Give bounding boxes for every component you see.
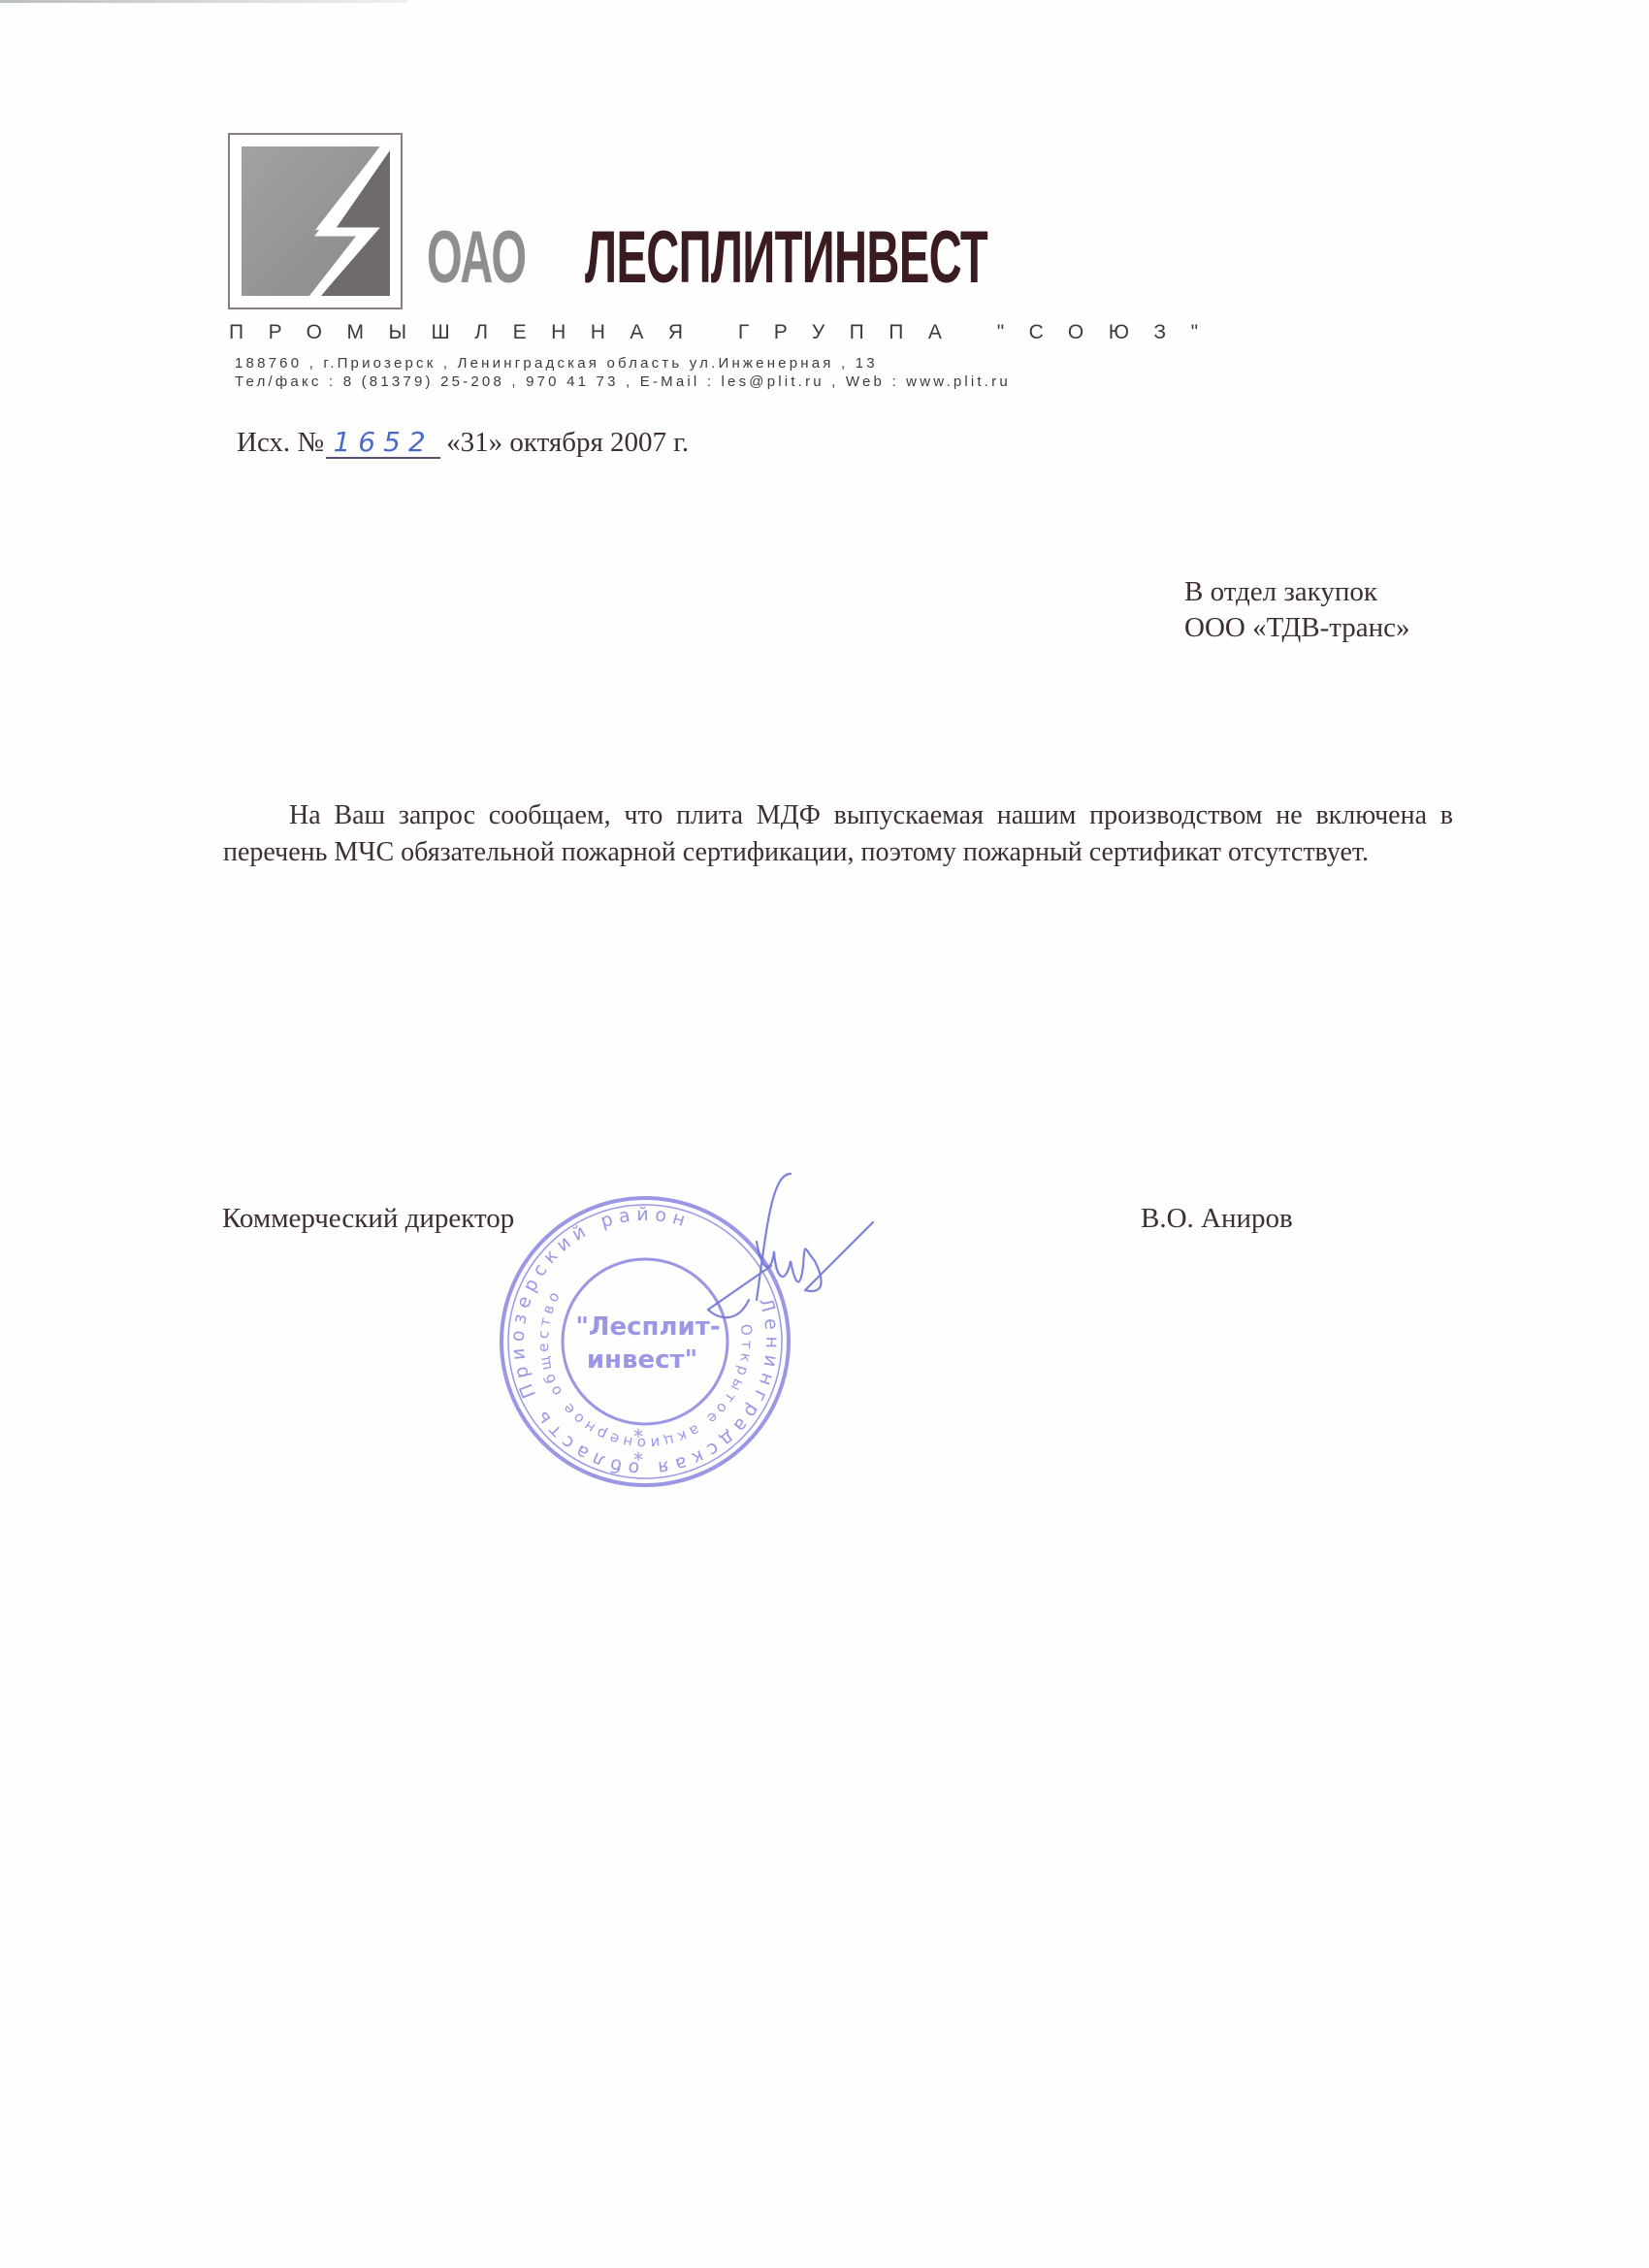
group-name: ПРОМЫШЛЕННАЯ ГРУППА "СОЮЗ" [229,321,1223,344]
company-address: 188760 , г.Приозерск , Ленинградская обл… [235,355,878,372]
reference-number: 1652 [326,428,440,459]
addressee-company: ООО «ТДВ-транс» [1184,610,1410,646]
company-contacts: Тел/факс : 8 (81379) 25-208 , 970 41 73 … [235,373,1011,390]
stamp-center-line2: инвест" [587,1345,697,1375]
signatory-title: Коммерческий директор [222,1203,514,1235]
stamp-star-icon: * [633,1448,643,1472]
scan-edge-artifact [0,0,407,3]
reference-prefix: Исх. № [237,427,324,458]
lightning-bolt-logo-icon [230,135,401,308]
org-name: ЛЕСПЛИТИНВЕСТ [585,221,987,295]
company-logo [228,133,403,309]
addressee-block: В отдел закупок ООО «ТДВ-транс» [1184,574,1410,646]
letter-body: На Ваш запрос сообщаем, что плита МДФ вы… [223,797,1453,871]
handwritten-signature [679,1154,931,1329]
addressee-department: В отдел закупок [1184,574,1410,610]
stamp-star-icon: * [633,1425,643,1448]
reference-date: «31» октября 2007 г. [446,427,689,458]
org-prefix: ОАО [427,221,526,295]
outgoing-reference: Исх. №1652«31» октября 2007 г. [237,427,689,459]
signatory-name: В.О. Аниров [1141,1203,1293,1235]
